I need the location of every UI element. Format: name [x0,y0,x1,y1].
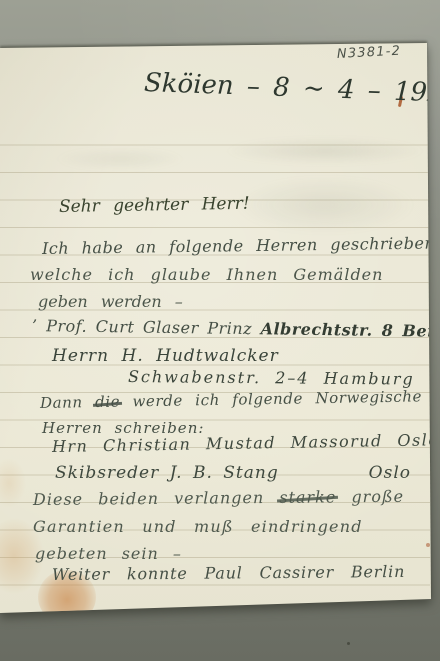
dateline: Sköien – 8 ~ 4 – 1926 [143,69,440,110]
crossed-out-word: starke [279,487,336,506]
line-segment: Albrechtstr. 8 Berlin [261,319,440,341]
backdrop-speck [347,642,350,645]
handwritten-line: Weiter konnte Paul Cassirer Berlin [52,563,405,584]
letter-paper: N3381-2 Sköien – 8 ~ 4 – 1926 Sehr geehr… [0,0,440,661]
photographed-letter-scene: N3381-2 Sköien – 8 ~ 4 – 1926 Sehr geehr… [0,0,440,661]
handwritten-line: gebeten sein – [35,545,182,563]
handwritten-line: Herrn H. Hudtwalcker [52,347,279,367]
line-segment: Skibsreder J. B. Stang [55,464,279,484]
salutation: Sehr geehrter Herr! [59,195,250,218]
line-segment: Diese beiden verlangen [33,488,279,509]
line-segment: Oslo [369,464,411,484]
ink-bleedthrough [55,148,185,170]
line-segment: Dann [40,393,95,412]
handwritten-line-stang: Skibsreder J. B. StangOslo [55,464,411,484]
catalog-number: N3381-2 [337,44,402,62]
handwritten-line: welche ich glaube Ihnen Gemälden [30,266,383,284]
line-segment: große [336,487,404,507]
handwritten-line: Garantien und muß eindringend [33,518,363,536]
handwritten-line-with-correction: Diese beiden verlangen starke große [33,488,404,510]
line-segment: ’ Prof. Curt Glaser Prinz [32,316,261,338]
crossed-out-word: die [95,393,120,411]
handwritten-line: geben werden – [38,293,183,311]
ink-speck [426,543,430,547]
ink-bleedthrough [235,176,415,234]
ink-bleedthrough [225,138,425,164]
handwritten-line: Schwabenstr. 2–4 Hamburg [128,368,415,389]
paper-shadow: N3381-2 Sköien – 8 ~ 4 – 1926 Sehr geehr… [0,0,440,661]
